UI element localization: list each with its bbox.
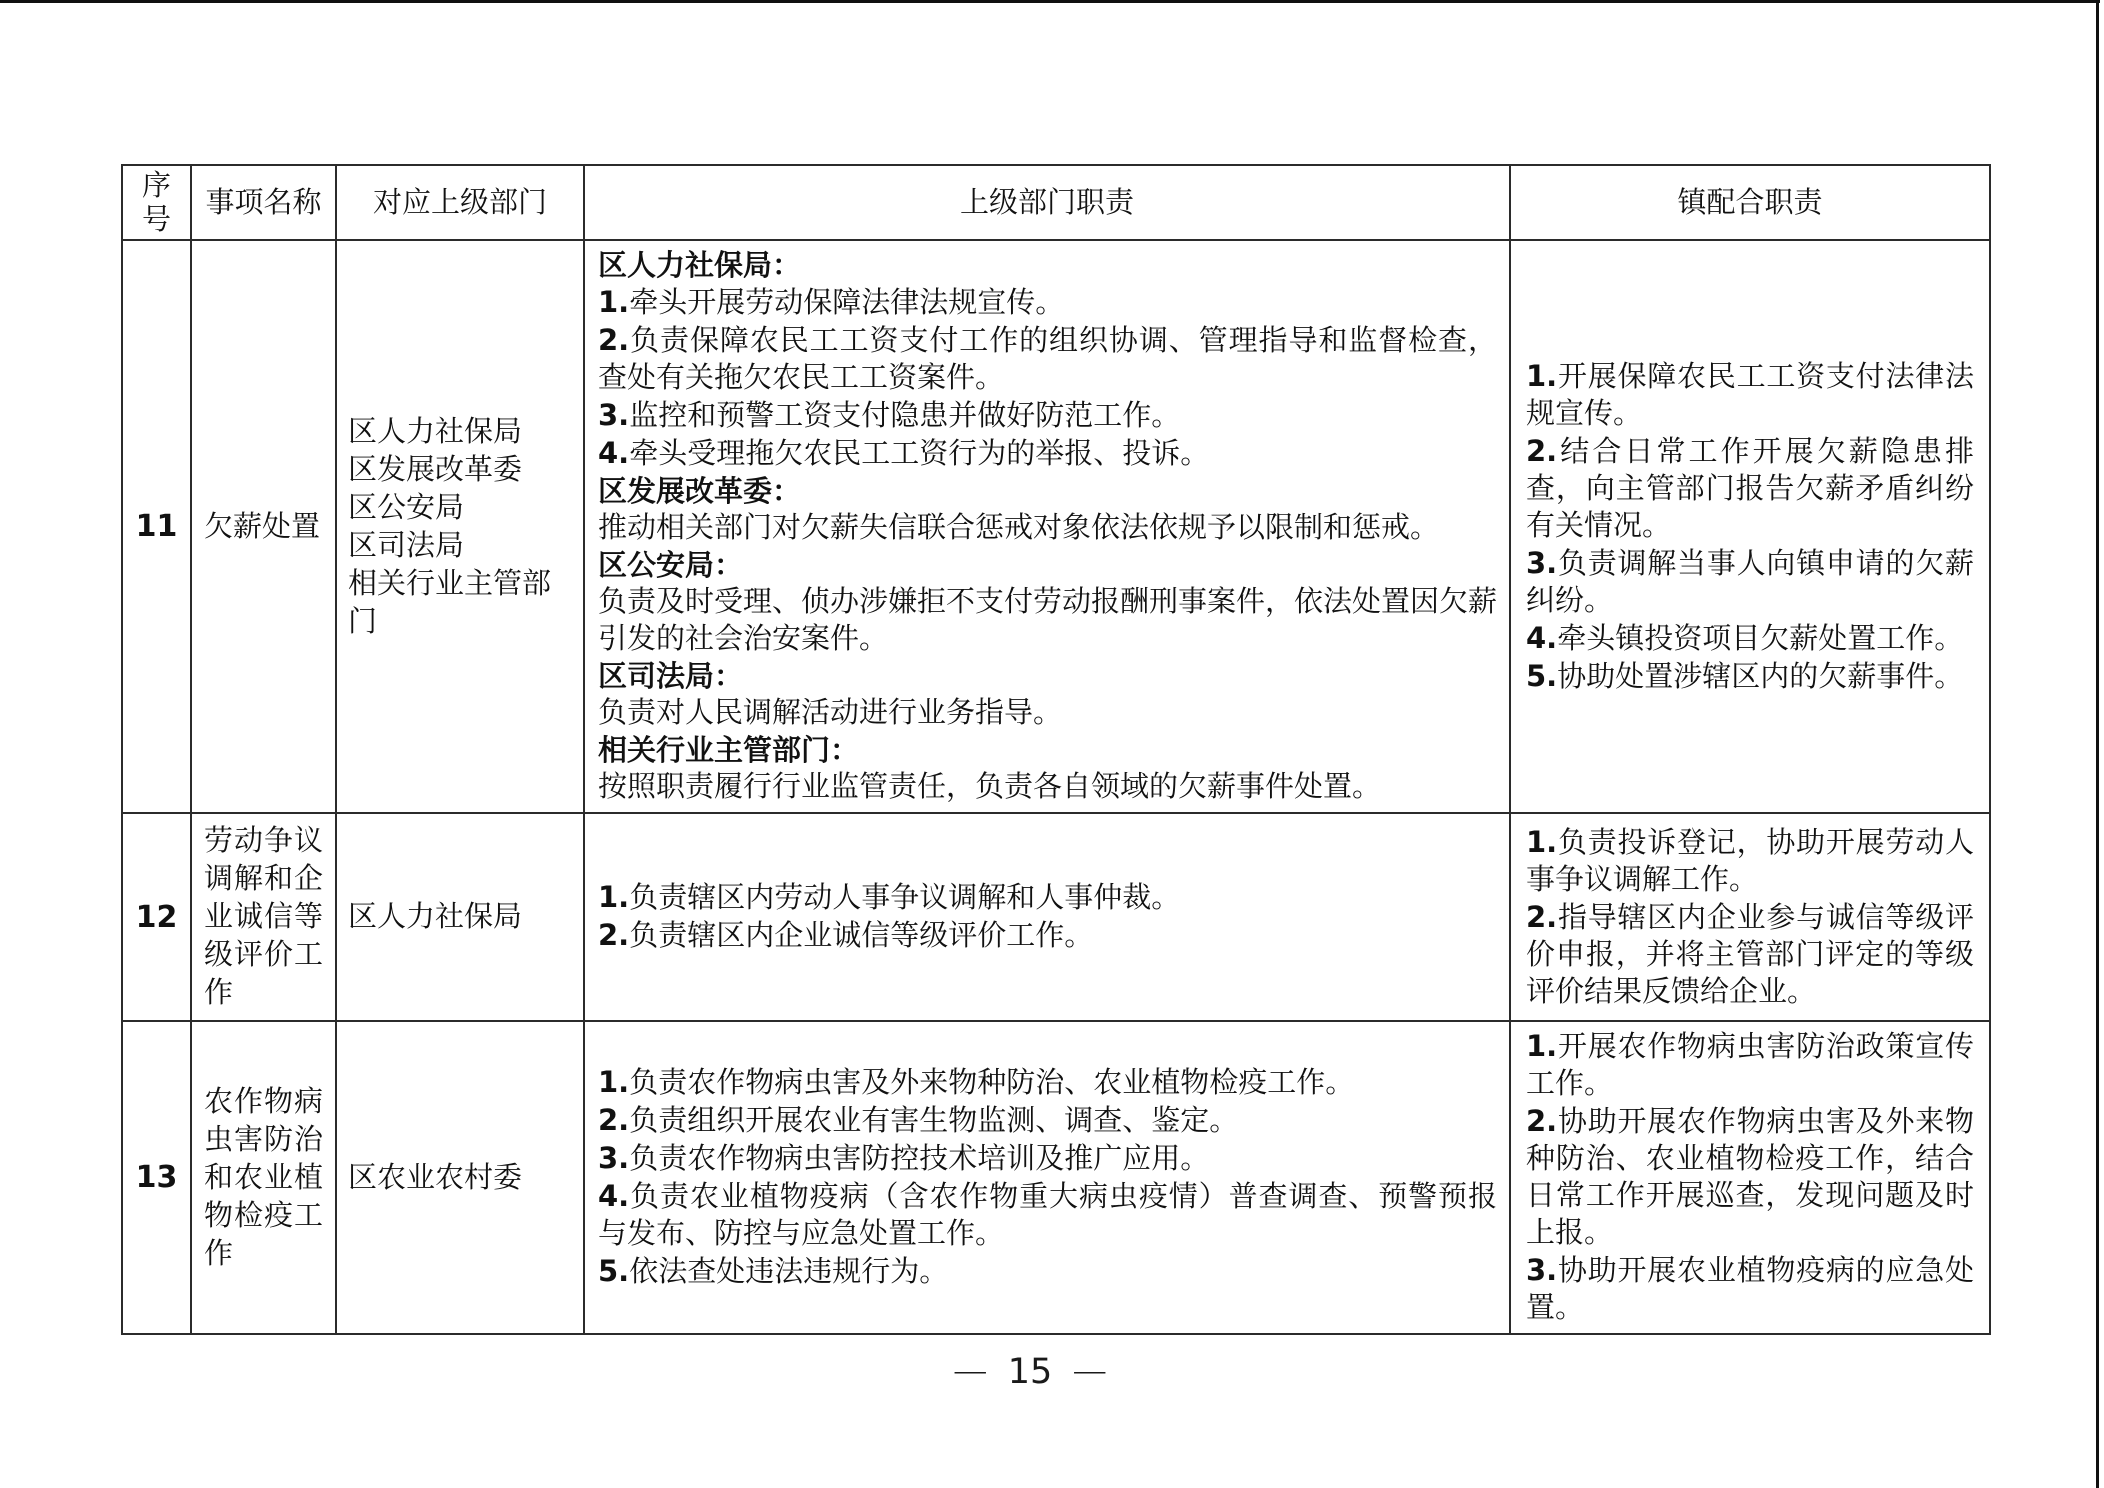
duty-item: 2.负责组织开展农业有害生物监测、调查、鉴定。 — [598, 1102, 1497, 1140]
duty-section-heading: 区司法局： — [598, 658, 1497, 695]
duty-item-number: 2. — [1526, 1104, 1557, 1138]
superior-dept-cell: 区农业农村委 — [336, 1021, 584, 1334]
duty-item-number: 3. — [1526, 1253, 1557, 1287]
duty-item: 1.开展农作物病虫害防治政策宣传工作。 — [1526, 1028, 1974, 1103]
dept-name: 区发展改革委 — [348, 451, 573, 489]
scan-artifact-right-edge — [2096, 0, 2099, 1488]
duty-item-number: 2. — [1526, 434, 1557, 468]
dept-name: 相关行业主管部门 — [348, 565, 573, 641]
duty-item-number: 3. — [1526, 546, 1557, 580]
duty-section-heading: 区人力社保局： — [598, 247, 1497, 284]
header-col-superior-duties: 上级部门职责 — [584, 165, 1510, 240]
dept-name: 区人力社保局 — [348, 898, 573, 936]
header-col-town-duties: 镇配合职责 — [1510, 165, 1990, 240]
header-col-superior-dept: 对应上级部门 — [336, 165, 584, 240]
item-name-cell: 劳动争议调解和企业诚信等级评价工作 — [191, 813, 336, 1021]
dept-name: 区人力社保局 — [348, 413, 573, 451]
table-body: 11欠薪处置区人力社保局区发展改革委区公安局区司法局相关行业主管部门区人力社保局… — [122, 240, 1990, 1334]
duty-item: 4.负责农业植物疫病（含农作物重大病虫疫情）普查调查、预警预报与发布、防控与应急… — [598, 1178, 1497, 1253]
header-row: 序 号 事项名称 对应上级部门 上级部门职责 镇配合职责 — [122, 165, 1990, 240]
superior-duties-cell: 区人力社保局：1.牵头开展劳动保障法律法规宣传。2.负责保障农民工工资支付工作的… — [584, 240, 1510, 813]
duty-item-number: 1. — [1526, 359, 1557, 393]
duty-item: 2.协助开展农作物病虫害及外来物种防治、农业植物检疫工作，结合日常工作开展巡查，… — [1526, 1103, 1974, 1252]
row-number-cell: 11 — [122, 240, 191, 813]
duty-item-number: 2. — [1526, 900, 1557, 934]
superior-dept-cell: 区人力社保局 — [336, 813, 584, 1021]
duty-item: 1.负责农作物病虫害及外来物种防治、农业植物检疫工作。 — [598, 1064, 1497, 1102]
header-col-number: 序 号 — [122, 165, 191, 240]
duty-item-number: 3. — [598, 1141, 629, 1175]
duty-section-heading: 区发展改革委： — [598, 473, 1497, 510]
superior-duties-cell: 1.负责辖区内劳动人事争议调解和人事仲裁。2.负责辖区内企业诚信等级评价工作。 — [584, 813, 1510, 1021]
duty-item: 2.负责辖区内企业诚信等级评价工作。 — [598, 917, 1497, 955]
duty-item-number: 5. — [1526, 659, 1557, 693]
duty-section-heading: 区公安局： — [598, 547, 1497, 584]
duty-item: 负责及时受理、侦办涉嫌拒不支付劳动报酬刑事案件，依法处置因欠薪引发的社会治安案件… — [598, 584, 1497, 658]
duty-item: 3.负责农作物病虫害防控技术培训及推广应用。 — [598, 1140, 1497, 1178]
duty-item-number: 1. — [1526, 1029, 1557, 1063]
duty-item-number: 3. — [598, 398, 629, 432]
dept-name: 区农业农村委 — [348, 1159, 573, 1197]
duty-item: 2.负责保障农民工工资支付工作的组织协调、管理指导和监督检查，查处有关拖欠农民工… — [598, 322, 1497, 397]
duty-item: 1.开展保障农民工工资支付法律法规宣传。 — [1526, 358, 1974, 433]
duty-item-number: 2. — [598, 918, 629, 952]
duty-item-number: 4. — [1526, 621, 1557, 655]
scan-artifact-top-edge — [0, 0, 2100, 3]
duties-table: 序 号 事项名称 对应上级部门 上级部门职责 镇配合职责 11欠薪处置区人力社保… — [121, 164, 1991, 1335]
duty-item-number: 4. — [598, 436, 629, 470]
duty-item-number: 4. — [598, 1179, 629, 1213]
page-number: 15 — [1008, 1352, 1053, 1392]
dept-name: 区公安局 — [348, 489, 573, 527]
duty-item: 5.协助处置涉辖区内的欠薪事件。 — [1526, 658, 1974, 696]
item-name-cell: 欠薪处置 — [191, 240, 336, 813]
duty-item: 2.指导辖区内企业参与诚信等级评价申报，并将主管部门评定的等级评价结果反馈给企业… — [1526, 899, 1974, 1011]
dept-name: 区司法局 — [348, 527, 573, 565]
duty-item: 1.负责投诉登记，协助开展劳动人事争议调解工作。 — [1526, 824, 1974, 899]
duty-item: 按照职责履行行业监管责任，负责各自领域的欠薪事件处置。 — [598, 769, 1497, 806]
duty-item: 3.负责调解当事人向镇申请的欠薪纠纷。 — [1526, 545, 1974, 620]
duty-item: 1.负责辖区内劳动人事争议调解和人事仲裁。 — [598, 879, 1497, 917]
duty-item-number: 2. — [598, 1103, 629, 1137]
duty-item-number: 1. — [598, 880, 629, 914]
table-row-12: 12劳动争议调解和企业诚信等级评价工作区人力社保局1.负责辖区内劳动人事争议调解… — [122, 813, 1990, 1021]
duty-section-heading: 相关行业主管部门： — [598, 732, 1497, 769]
duty-item: 5.依法查处违法违规行为。 — [598, 1253, 1497, 1291]
town-duties-cell: 1.负责投诉登记，协助开展劳动人事争议调解工作。2.指导辖区内企业参与诚信等级评… — [1510, 813, 1990, 1021]
duty-item: 推动相关部门对欠薪失信联合惩戒对象依法依规予以限制和惩戒。 — [598, 510, 1497, 547]
superior-duties-cell: 1.负责农作物病虫害及外来物种防治、农业植物检疫工作。2.负责组织开展农业有害生… — [584, 1021, 1510, 1334]
town-duties-cell: 1.开展保障农民工工资支付法律法规宣传。2.结合日常工作开展欠薪隐患排查，向主管… — [1510, 240, 1990, 813]
duty-item-number: 5. — [598, 1254, 629, 1288]
footer-dash-left: — — [955, 1352, 986, 1387]
duty-item: 1.牵头开展劳动保障法律法规宣传。 — [598, 284, 1497, 322]
town-duties-cell: 1.开展农作物病虫害防治政策宣传工作。2.协助开展农作物病虫害及外来物种防治、农… — [1510, 1021, 1990, 1334]
superior-dept-cell: 区人力社保局区发展改革委区公安局区司法局相关行业主管部门 — [336, 240, 584, 813]
header-col-item-name: 事项名称 — [191, 165, 336, 240]
table-row-11: 11欠薪处置区人力社保局区发展改革委区公安局区司法局相关行业主管部门区人力社保局… — [122, 240, 1990, 813]
document-page: 序 号 事项名称 对应上级部门 上级部门职责 镇配合职责 11欠薪处置区人力社保… — [0, 0, 2104, 1488]
duty-item-number: 1. — [1526, 825, 1557, 859]
table-row-13: 13农作物病虫害防治和农业植物检疫工作区农业农村委1.负责农作物病虫害及外来物种… — [122, 1021, 1990, 1334]
duty-item: 2.结合日常工作开展欠薪隐患排查，向主管部门报告欠薪矛盾纠纷有关情况。 — [1526, 433, 1974, 545]
duty-item: 3.协助开展农业植物疫病的应急处置。 — [1526, 1252, 1974, 1327]
duty-item: 4.牵头受理拖欠农民工工资行为的举报、投诉。 — [598, 435, 1497, 473]
item-name-cell: 农作物病虫害防治和农业植物检疫工作 — [191, 1021, 336, 1334]
row-number-cell: 13 — [122, 1021, 191, 1334]
page-footer: —15— — [0, 1352, 2060, 1392]
duty-item: 负责对人民调解活动进行业务指导。 — [598, 695, 1497, 732]
row-number-cell: 12 — [122, 813, 191, 1021]
duty-item-number: 1. — [598, 1065, 629, 1099]
duty-item-number: 1. — [598, 285, 629, 319]
footer-dash-right: — — [1074, 1352, 1105, 1387]
duty-item: 4.牵头镇投资项目欠薪处置工作。 — [1526, 620, 1974, 658]
duty-item: 3.监控和预警工资支付隐患并做好防范工作。 — [598, 397, 1497, 435]
duty-item-number: 2. — [598, 323, 629, 357]
